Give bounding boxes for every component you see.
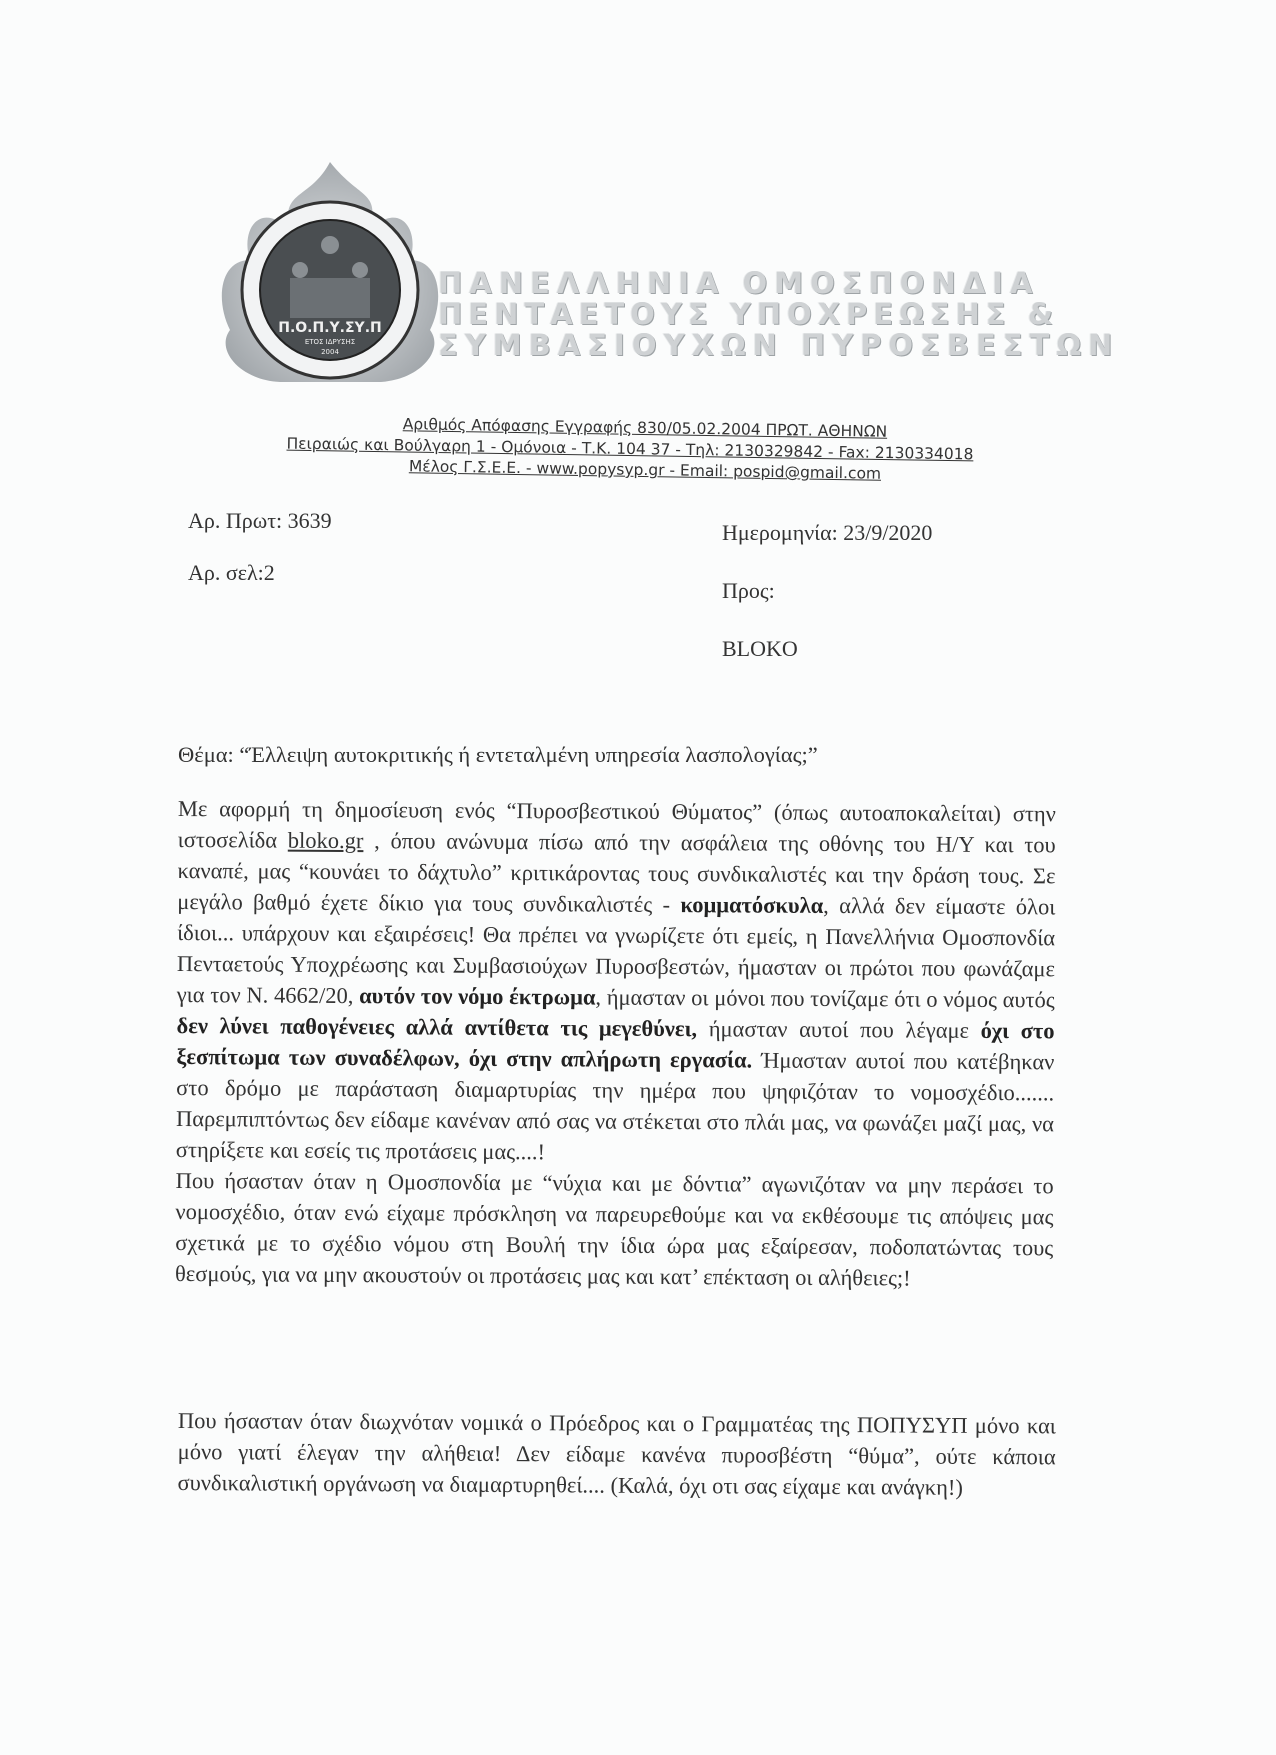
svg-text:2004: 2004 bbox=[321, 348, 339, 356]
body-paragraph-1: Με αφορμή τη δημοσίευση ενός “Πυροσβεστι… bbox=[175, 793, 1056, 1294]
letterhead-contact-info: Αριθμός Απόφασης Εγγραφής 830/05.02.2004… bbox=[240, 418, 1020, 481]
federation-logo-icon: Π.Ο.Π.Υ.ΣΥ.Π ΕΤΟΣ ΙΔΡΥΣΗΣ 2004 bbox=[210, 160, 450, 390]
org-name-line-2: ΠΕΝΤΑΕΤΟΥΣ ΥΠΟΧΡΕΩΣΗΣ & bbox=[438, 299, 1119, 330]
organization-name: ΠΑΝΕΛΛΗΝΙΑ ΟΜΟΣΠΟΝΔΙΑ ΠΕΝΤΑΕΤΟΥΣ ΥΠΟΧΡΕΩ… bbox=[438, 268, 1119, 361]
letter-date: Ημερομηνία: 23/9/2020 bbox=[722, 520, 932, 546]
recipient: BLOKO bbox=[722, 636, 798, 662]
letter-page: Π.Ο.Π.Υ.ΣΥ.Π ΕΤΟΣ ΙΔΡΥΣΗΣ 2004 ΠΑΝΕΛΛΗΝΙ… bbox=[0, 0, 1276, 1755]
bold-phrase: κομματόσκυλα bbox=[680, 892, 823, 918]
page-count: Αρ. σελ:2 bbox=[188, 560, 275, 586]
body-paragraph-1b: Που ήσασταν όταν η Ομοσπονδία με “νύχια … bbox=[175, 1165, 1054, 1294]
body-paragraph-2: Που ήσασταν όταν διωχνόταν νομικά ο Πρόε… bbox=[177, 1405, 1056, 1503]
text-span: ήμασταν αυτοί που λέγαμε bbox=[697, 1016, 981, 1043]
bloko-link[interactable]: bloko.gr bbox=[288, 828, 364, 853]
letter-subject: Θέμα: “Έλλειψη αυτοκριτικής ή εντεταλμέν… bbox=[178, 742, 818, 768]
org-name-line-3: ΣΥΜΒΑΣΙΟΥΧΩΝ ΠΥΡΟΣΒΕΣΤΩΝ bbox=[438, 330, 1119, 361]
bold-phrase: δεν λύνει παθογένειες αλλά αντίθετα τις … bbox=[177, 1013, 698, 1041]
bold-phrase: αυτόν τον νόμο έκτρωμα bbox=[359, 983, 595, 1009]
text-span: , ήμασταν οι μόνοι που τονίζαμε ότι ο νό… bbox=[595, 985, 1054, 1013]
org-name-line-1: ΠΑΝΕΛΛΗΝΙΑ ΟΜΟΣΠΟΝΔΙΑ bbox=[438, 268, 1119, 299]
svg-text:ΕΤΟΣ ΙΔΡΥΣΗΣ: ΕΤΟΣ ΙΔΡΥΣΗΣ bbox=[305, 338, 355, 346]
to-label: Προς: bbox=[722, 578, 775, 604]
svg-text:Π.Ο.Π.Υ.ΣΥ.Π: Π.Ο.Π.Υ.ΣΥ.Π bbox=[278, 320, 381, 336]
protocol-number: Αρ. Πρωτ: 3639 bbox=[188, 508, 332, 534]
